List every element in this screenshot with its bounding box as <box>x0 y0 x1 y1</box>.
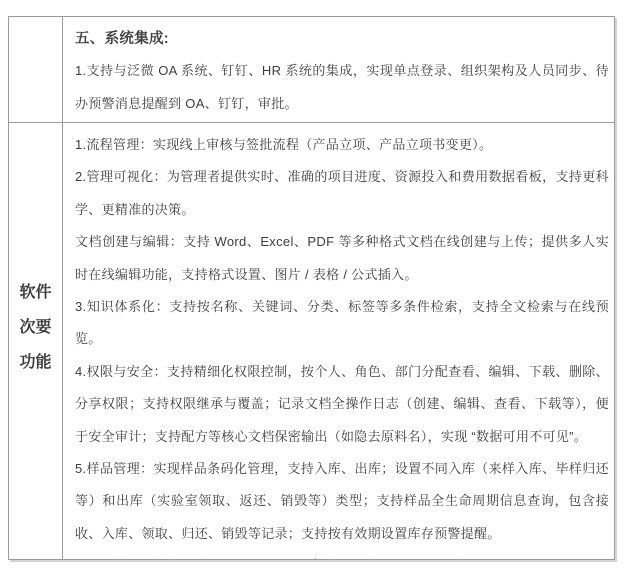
paragraph-document-creation: 文档创建与编辑：支持 Word、Excel、PDF 等多种格式文档在线创建与上传… <box>75 226 609 291</box>
paragraph-integration: 1.支持与泛微 OA 系统、钉钉、HR 系统的集成，实现单点登录、组织架构及人员… <box>75 55 609 120</box>
paragraph-knowledge-system: 3.知识体系化：支持按名称、关键词、分类、标签等多条件检索，支持全文检索与在线预… <box>75 291 609 356</box>
row-label-line: 软件 <box>19 275 51 310</box>
spec-table: 五、系统集成: 1.支持与泛微 OA 系统、钉钉、HR 系统的集成，实现单点登录… <box>8 16 615 560</box>
row2-content-cell: 1.流程管理：实现线上审核与签批流程（产品立项、产品立项书变更）。 2.管理可视… <box>63 123 614 559</box>
paragraph-permissions-security: 4.权限与安全：支持精细化权限控制，按个人、角色、部门分配查看、编辑、下载、删除… <box>75 356 609 453</box>
paragraph-sample-management: 5.样品管理：实现样品条码化管理，支持入库、出库；设置不同入库（来样入库、毕样归… <box>75 453 609 550</box>
paragraph-testing-management: 6.检测管理：集成检验设备，实现检测数据自动采集，减少人工录入； <box>75 550 609 559</box>
section-header: 五、系统集成: <box>75 23 609 55</box>
row-label-line: 功能 <box>19 345 51 380</box>
document-page: 五、系统集成: 1.支持与泛微 OA 系统、钉钉、HR 系统的集成，实现单点登录… <box>0 0 640 585</box>
row2-label-cell: 软件 次要 功能 <box>9 123 63 559</box>
row-label-line: 次要 <box>19 310 51 345</box>
row1-content-cell: 五、系统集成: 1.支持与泛微 OA 系统、钉钉、HR 系统的集成，实现单点登录… <box>63 17 614 123</box>
paragraph-management-visualization: 2.管理可视化：为管理者提供实时、准确的项目进度、资源投入和费用数据看板，支持更… <box>75 161 609 226</box>
row1-label-cell <box>9 17 63 123</box>
paragraph-process-management: 1.流程管理：实现线上审核与签批流程（产品立项、产品立项书变更）。 <box>75 129 609 161</box>
